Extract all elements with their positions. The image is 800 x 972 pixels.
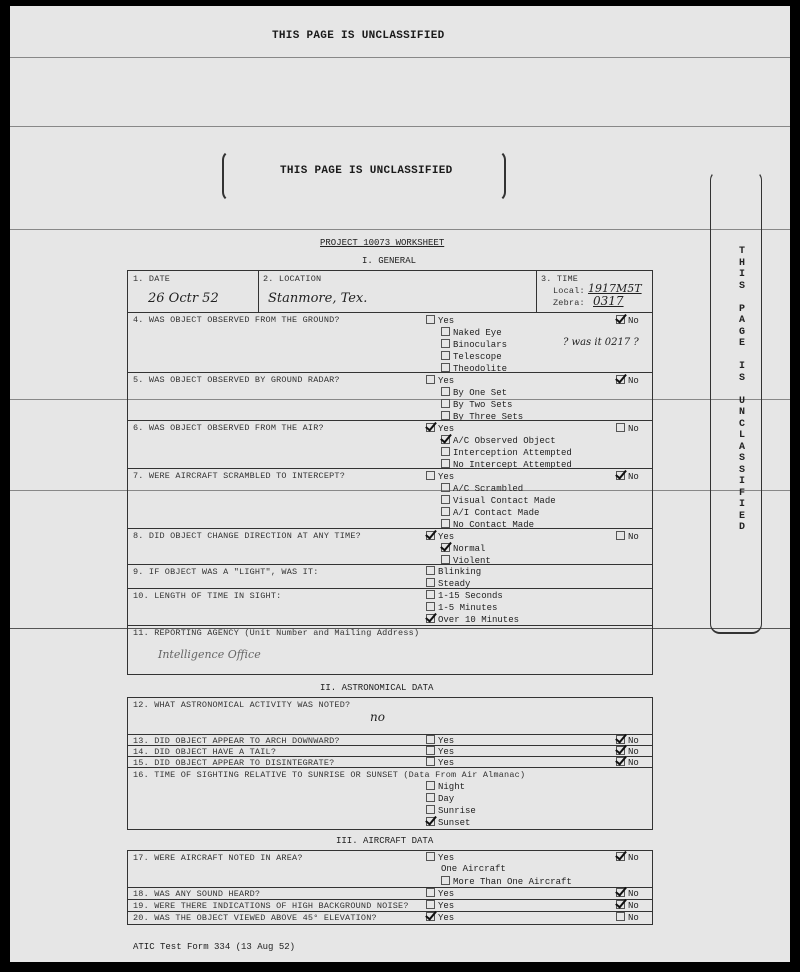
scan-line bbox=[10, 126, 790, 127]
astronomical-activity-value[interactable]: no bbox=[370, 710, 385, 724]
option-ai-contact[interactable]: A/I Contact Made bbox=[441, 507, 539, 518]
question-row-9: 9. IF OBJECT WAS A "LIGHT", WAS IT: Blin… bbox=[128, 564, 652, 589]
yes-checkbox[interactable]: Yes bbox=[426, 912, 454, 923]
question-label: 5. WAS OBJECT OBSERVED BY GROUND RADAR? bbox=[133, 375, 340, 385]
checkbox-icon bbox=[426, 315, 435, 324]
no-checkbox[interactable]: No bbox=[616, 423, 639, 434]
question-label: 8. DID OBJECT CHANGE DIRECTION AT ANY TI… bbox=[133, 531, 361, 541]
question-label: 10. LENGTH OF TIME IN SIGHT: bbox=[133, 591, 281, 601]
no-checkbox[interactable]: No bbox=[616, 888, 639, 899]
section-astronomical: II. ASTRONOMICAL DATA bbox=[320, 683, 433, 693]
question-label: 19. WERE THERE INDICATIONS OF HIGH BACKG… bbox=[133, 901, 409, 911]
option-ac-scrambled[interactable]: A/C Scrambled bbox=[441, 483, 523, 494]
option-day[interactable]: Day bbox=[426, 793, 454, 804]
yes-checkbox[interactable]: Yes bbox=[426, 531, 454, 542]
astronomical-form: 12. WHAT ASTRONOMICAL ACTIVITY WAS NOTED… bbox=[127, 697, 653, 830]
question-label: 7. WERE AIRCRAFT SCRAMBLED TO INTERCEPT? bbox=[133, 471, 345, 481]
no-checkbox[interactable]: No bbox=[616, 531, 639, 542]
worksheet-title: PROJECT 10073 WORKSHEET bbox=[320, 238, 444, 248]
option-ac-observed[interactable]: A/C Observed Object bbox=[441, 435, 556, 446]
location-value[interactable]: Stanmore, Tex. bbox=[268, 291, 367, 306]
yes-checkbox[interactable]: Yes bbox=[426, 315, 454, 326]
zebra-label: Zebra: bbox=[553, 298, 585, 308]
classification-stamp-boxed: THIS PAGE IS UNCLASSIFIED bbox=[280, 165, 453, 177]
scan-line bbox=[10, 229, 790, 230]
question-row-11: 11. REPORTING AGENCY (Unit Number and Ma… bbox=[128, 625, 652, 675]
option-two-sets[interactable]: By Two Sets bbox=[441, 399, 512, 410]
question-label: 20. WAS THE OBJECT VIEWED ABOVE 45° ELEV… bbox=[133, 913, 377, 923]
checkbox-checked-icon bbox=[616, 315, 625, 324]
local-label: Local: bbox=[553, 286, 585, 296]
question-row-4: 4. WAS OBJECT OBSERVED FROM THE GROUND? … bbox=[128, 312, 652, 373]
option-naked-eye[interactable]: Naked Eye bbox=[441, 327, 502, 338]
option-interception-attempted[interactable]: Interception Attempted bbox=[441, 447, 572, 458]
question-label: 4. WAS OBJECT OBSERVED FROM THE GROUND? bbox=[133, 315, 340, 325]
no-checkbox[interactable]: No bbox=[616, 900, 639, 911]
yes-checkbox[interactable]: Yes bbox=[426, 852, 454, 863]
option-binoculars[interactable]: Binoculars bbox=[441, 339, 507, 350]
option-over-10-minutes[interactable]: Over 10 Minutes bbox=[426, 614, 519, 625]
question-label: 9. IF OBJECT WAS A "LIGHT", WAS IT: bbox=[133, 567, 319, 577]
location-label: 2. LOCATION bbox=[263, 274, 321, 284]
question-label: 18. WAS ANY SOUND HEARD? bbox=[133, 889, 260, 899]
option-one-aircraft[interactable]: One Aircraft bbox=[441, 864, 506, 874]
zebra-time-value[interactable]: 0317 bbox=[593, 294, 624, 308]
question-label: 17. WERE AIRCRAFT NOTED IN AREA? bbox=[133, 853, 303, 863]
option-telescope[interactable]: Telescope bbox=[441, 351, 502, 362]
option-1-15-seconds[interactable]: 1-15 Seconds bbox=[426, 590, 503, 601]
question-label: 6. WAS OBJECT OBSERVED FROM THE AIR? bbox=[133, 423, 324, 433]
question-row-10: 10. LENGTH OF TIME IN SIGHT: 1-15 Second… bbox=[128, 588, 652, 626]
yes-checkbox[interactable]: Yes bbox=[426, 888, 454, 899]
reporting-agency-value[interactable]: Intelligence Office bbox=[158, 648, 261, 661]
option-sunset[interactable]: Sunset bbox=[426, 817, 470, 828]
option-blinking[interactable]: Blinking bbox=[426, 566, 481, 577]
date-label: 1. DATE bbox=[133, 274, 170, 284]
classification-stamp-vertical: THIS PAGE IS UNCLASSIFIED bbox=[736, 246, 748, 534]
yes-checkbox[interactable]: Yes bbox=[426, 375, 454, 386]
no-checkbox[interactable]: No bbox=[616, 375, 639, 386]
section-general: I. GENERAL bbox=[362, 256, 416, 266]
question-row-16: 16. TIME OF SIGHTING RELATIVE TO SUNRISE… bbox=[128, 767, 652, 830]
option-one-set[interactable]: By One Set bbox=[441, 387, 507, 398]
question-row-5: 5. WAS OBJECT OBSERVED BY GROUND RADAR? … bbox=[128, 372, 652, 421]
yes-checkbox[interactable]: Yes bbox=[426, 471, 454, 482]
scan-line bbox=[10, 57, 790, 58]
question-row-20: 20. WAS THE OBJECT VIEWED ABOVE 45° ELEV… bbox=[128, 911, 652, 924]
time-label: 3. TIME bbox=[541, 274, 578, 284]
aircraft-form: 17. WERE AIRCRAFT NOTED IN AREA? Yes No … bbox=[127, 850, 653, 925]
question-row-6: 6. WAS OBJECT OBSERVED FROM THE AIR? Yes… bbox=[128, 420, 652, 469]
form-number-footer: ATIC Test Form 334 (13 Aug 52) bbox=[133, 942, 295, 952]
no-checkbox[interactable]: No bbox=[616, 912, 639, 923]
no-checkbox[interactable]: No bbox=[616, 471, 639, 482]
yes-checkbox[interactable]: Yes bbox=[426, 423, 454, 434]
section-aircraft: III. AIRCRAFT DATA bbox=[336, 836, 433, 846]
option-1-5-minutes[interactable]: 1-5 Minutes bbox=[426, 602, 497, 613]
no-checkbox[interactable]: No bbox=[616, 315, 639, 326]
option-visual-contact[interactable]: Visual Contact Made bbox=[441, 495, 556, 506]
date-value[interactable]: 26 Octr 52 bbox=[148, 291, 219, 306]
question-label: 11. REPORTING AGENCY (Unit Number and Ma… bbox=[133, 628, 419, 638]
classification-stamp-top: THIS PAGE IS UNCLASSIFIED bbox=[272, 30, 445, 42]
question-label: 16. TIME OF SIGHTING RELATIVE TO SUNRISE… bbox=[133, 770, 525, 780]
question-row-8: 8. DID OBJECT CHANGE DIRECTION AT ANY TI… bbox=[128, 528, 652, 565]
option-night[interactable]: Night bbox=[426, 781, 465, 792]
option-more-than-one-aircraft[interactable]: More Than One Aircraft bbox=[441, 876, 572, 887]
question-label: 12. WHAT ASTRONOMICAL ACTIVITY WAS NOTED… bbox=[133, 700, 350, 710]
option-normal[interactable]: Normal bbox=[441, 543, 485, 554]
question-row-7: 7. WERE AIRCRAFT SCRAMBLED TO INTERCEPT?… bbox=[128, 468, 652, 529]
general-form: 1. DATE 26 Octr 52 2. LOCATION Stanmore,… bbox=[127, 270, 653, 675]
no-checkbox[interactable]: No bbox=[616, 852, 639, 863]
